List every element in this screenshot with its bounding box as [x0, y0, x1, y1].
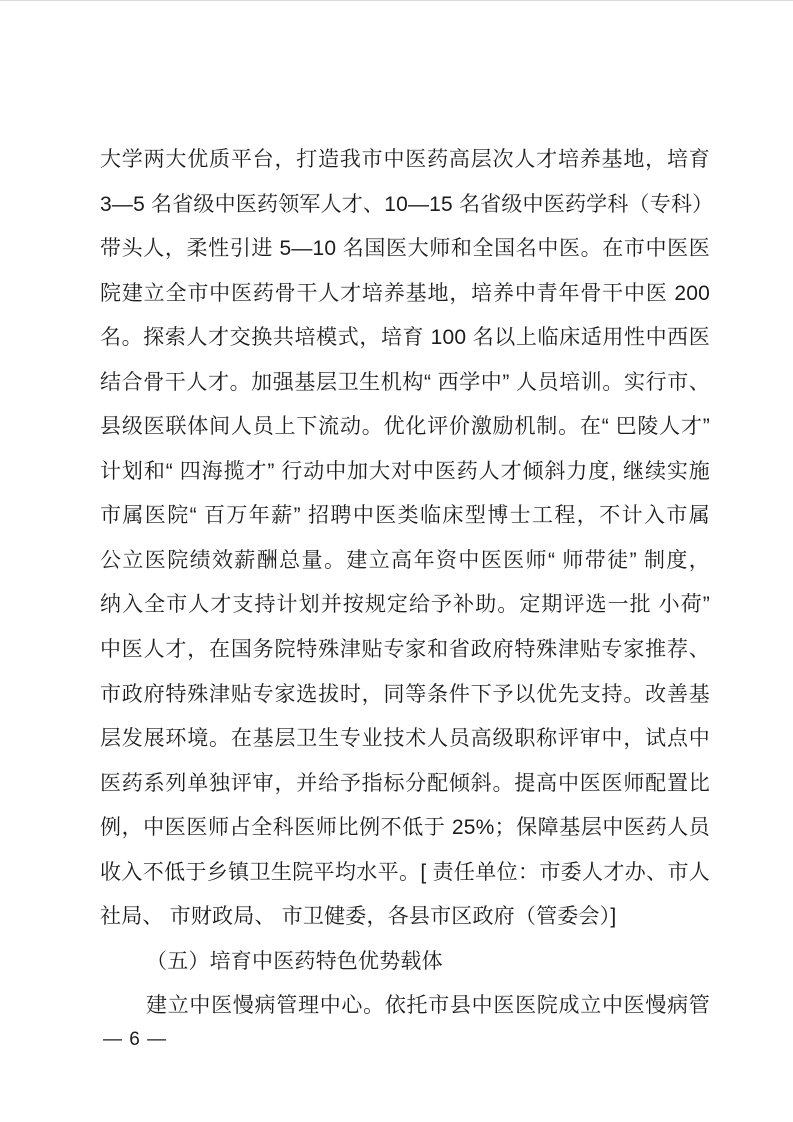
body-text-line: 公立医院绩效薪酬总量。建立高年资中医医师“ 师带徒” 制度，	[100, 539, 710, 584]
body-text-line: 计划和“ 四海揽才” 行动中加大对中医药人才倾斜力度, 继续实施	[100, 450, 710, 495]
body-text-line: 市属医院“ 百万年薪” 招聘中医类临床型博士工程，不计入市属	[100, 494, 710, 539]
page-number: — 6 —	[103, 1029, 167, 1051]
body-text-line: 院建立全市中医药骨干人才培养基地，培养中青年骨干中医 200	[100, 272, 710, 317]
body-text-line: 中医人才，在国务院特殊津贴专家和省政府特殊津贴专家推荐、	[100, 628, 710, 673]
body-text-line: 结合骨干人才。加强基层卫生机构“ 西学中” 人员培训。实行市、	[100, 361, 710, 406]
body-text-line: 大学两大优质平台，打造我市中医药高层次人才培养基地，培育	[100, 138, 710, 183]
body-text-line: 县级医联体间人员上下流动。优化评价激励机制。在“ 巴陵人才”	[100, 405, 710, 450]
body-text-line: 名。探索人才交换共培模式，培育 100 名以上临床适用性中西医	[100, 316, 710, 361]
paragraph-first-line: 建立中医慢病管理中心。依托市县中医医院成立中医慢病管	[100, 984, 710, 1029]
body-text-line: 带头人，柔性引进 5—10 名国医大师和全国名中医。在市中医医	[100, 227, 710, 272]
body-text-line: 社局、 市财政局、 市卫健委，各县市区政府（管委会）]	[100, 895, 710, 940]
text-block: 大学两大优质平台，打造我市中医药高层次人才培养基地，培育 3—5 名省级中医药领…	[100, 138, 710, 1029]
body-text-line: 纳入全市人才支持计划并按规定给予补助。定期评选一批 小荷”	[100, 583, 710, 628]
section-heading: （五）培育中医药特色优势载体	[100, 940, 710, 985]
body-text-line: 层发展环境。在基层卫生专业技术人员高级职称评审中，试点中	[100, 717, 710, 762]
body-text-line: 市政府特殊津贴专家选拔时，同等条件下予以优先支持。改善基	[100, 673, 710, 718]
body-text-line: 医药系列单独评审，并给予指标分配倾斜。提高中医医师配置比	[100, 762, 710, 807]
body-text-line: 3—5 名省级中医药领军人才、10—15 名省级中医药学科（专科）	[100, 183, 710, 228]
body-text-line: 例，中医医师占全科医师比例不低于 25%；保障基层中医药人员	[100, 806, 710, 851]
document-page: 大学两大优质平台，打造我市中医药高层次人才培养基地，培育 3—5 名省级中医药领…	[0, 0, 793, 1122]
body-text-line: 收入不低于乡镇卫生院平均水平。[ 责任单位：市委人才办、市人	[100, 851, 710, 896]
